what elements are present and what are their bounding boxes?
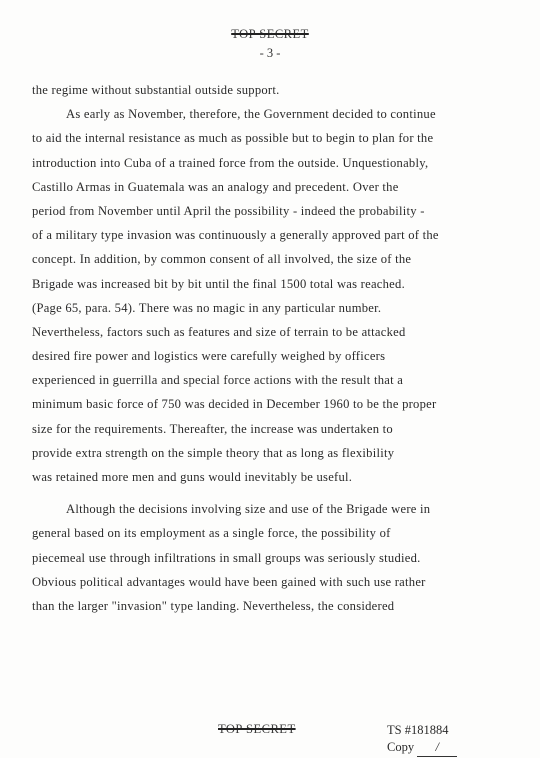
- body-line: to aid the internal resistance as much a…: [32, 126, 522, 150]
- body-line: than the larger "invasion" type landing.…: [32, 594, 522, 618]
- body-line: desired fire power and logistics were ca…: [32, 344, 522, 368]
- body-line: period from November until April the pos…: [32, 199, 522, 223]
- document-body: the regime without substantial outside s…: [32, 78, 522, 618]
- body-line: size for the requirements. Thereafter, t…: [32, 417, 522, 441]
- body-line: was retained more men and guns would ine…: [32, 465, 522, 489]
- body-line: Although the decisions involving size an…: [32, 497, 522, 521]
- body-line: experienced in guerrilla and special for…: [32, 368, 522, 392]
- copy-number: /: [417, 739, 457, 757]
- body-line: (Page 65, para. 54). There was no magic …: [32, 296, 522, 320]
- body-line: minimum basic force of 750 was decided i…: [32, 392, 522, 416]
- body-line: Nevertheless, factors such as features a…: [32, 320, 522, 344]
- body-line: provide extra strength on the simple the…: [32, 441, 522, 465]
- body-line: concept. In addition, by common consent …: [32, 247, 522, 271]
- body-line: general based on its employment as a sin…: [32, 521, 522, 545]
- body-line: piecemeal use through infiltrations in s…: [32, 546, 522, 570]
- body-line: Brigade was increased bit by bit until t…: [32, 272, 522, 296]
- body-line: As early as November, therefore, the Gov…: [32, 102, 522, 126]
- classification-header-text: TOP SECRET: [231, 27, 309, 41]
- classification-footer: TOP SECRET: [218, 722, 296, 737]
- body-line: of a military type invasion was continuo…: [32, 223, 522, 247]
- copy-line: Copy /: [387, 739, 457, 757]
- classification-header: TOP SECRET: [0, 27, 540, 42]
- body-line: introduction into Cuba of a trained forc…: [32, 151, 522, 175]
- body-line: Obvious political advantages would have …: [32, 570, 522, 594]
- body-line: the regime without substantial outside s…: [32, 78, 522, 102]
- body-line: Castillo Armas in Guatemala was an analo…: [32, 175, 522, 199]
- document-control-block: TS #181884 Copy /: [387, 722, 457, 757]
- copy-label: Copy: [387, 740, 414, 754]
- page-number: - 3 -: [0, 46, 540, 61]
- classification-footer-text: TOP SECRET: [218, 722, 296, 736]
- control-number: TS #181884: [387, 722, 457, 739]
